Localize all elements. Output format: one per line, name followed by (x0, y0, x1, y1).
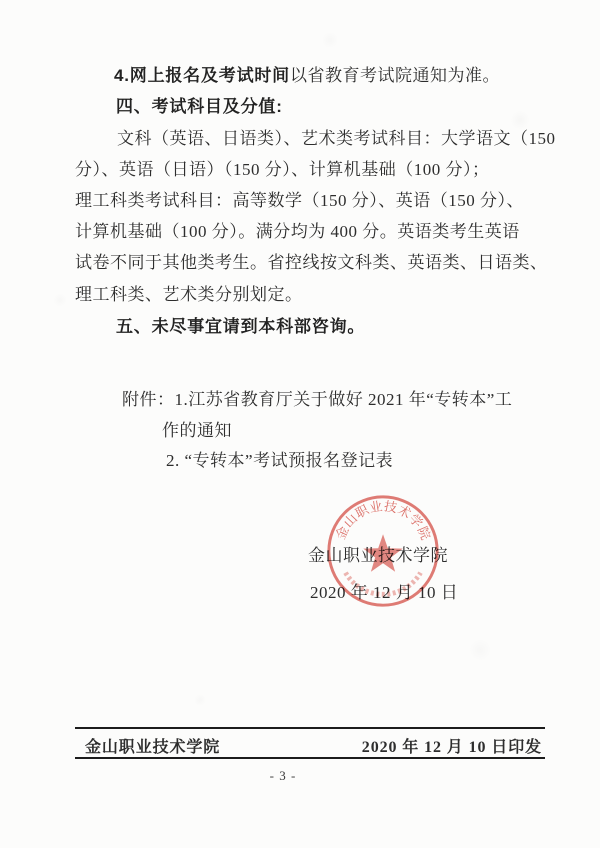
page-number: - 3 - (243, 768, 323, 784)
footer-org: 金山职业技术学院 (85, 734, 220, 757)
para-4-rest-text: 以省教育考试院通知为准。 (290, 66, 500, 85)
attachment-line-2: 作的通知 (162, 421, 232, 440)
body-line: 计算机基础（100 分）。满分均为 400 分。英语类考生英语 (75, 222, 520, 241)
para-4-bold-text: 4.网上报名及考试时间 (114, 66, 290, 85)
signature-org: 金山职业技术学院 (308, 541, 448, 566)
attachment-line-3: 2. “专转本”考试预报名登记表 (166, 451, 393, 470)
signature-date: 2020 年 12 月 10 日 (310, 578, 458, 603)
body-line: 文科（英语、日语类）、艺术类考试科目：大学语文（150 (117, 129, 556, 148)
document-page: 4.网上报名及考试时间以省教育考试院通知为准。 四、考试科目及分值: 文科（英语… (0, 0, 600, 848)
footer-rule-bottom (75, 757, 545, 759)
attachment-line-1: 附件：1.江苏省教育厅关于做好 2021 年“专转本”工 (122, 390, 512, 409)
footer-rule-top (75, 727, 545, 729)
section-heading-4: 四、考试科目及分值: (116, 97, 283, 116)
attachment-label: 附件： (122, 390, 175, 409)
body-line: 分）、英语（日语）（150 分）、计算机基础（100 分）； (75, 160, 490, 179)
body-line: 试卷不同于其他类考生。省控线按文科类、英语类、日语类、 (75, 253, 548, 272)
attachment-item-1-text: 1.江苏省教育厅关于做好 2021 年“专转本”工 (175, 390, 513, 409)
seal-arc-text: 金山职业技术学院 (333, 498, 433, 542)
footer-issued-date: 2020 年 12 月 10 日印发 (362, 734, 542, 757)
body-line: 理工科类、艺术类分别划定。 (75, 285, 303, 304)
body-line: 理工科类考试科目：高等数学（150 分）、英语（150 分）、 (75, 191, 524, 210)
section-heading-5: 五、未尽事宜请到本科部咨询。 (116, 317, 365, 336)
para-4-line: 4.网上报名及考试时间以省教育考试院通知为准。 (114, 66, 500, 85)
